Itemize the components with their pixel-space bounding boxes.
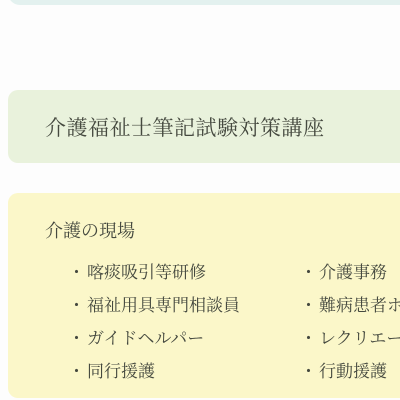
- bullet-icon: ・: [300, 324, 317, 349]
- list-item: ・ ガイドヘルパー: [68, 324, 300, 349]
- course-card[interactable]: 介護福祉士筆記試験対策講座: [8, 90, 400, 163]
- course-card-title: 介護福祉士筆記試験対策講座: [8, 112, 325, 142]
- list-item-label: 同行援護: [87, 357, 155, 382]
- list-item: ・ 介護事務: [300, 258, 400, 283]
- list-item-label: レクリエー: [319, 324, 400, 349]
- list-item-label: 難病患者ホ: [319, 291, 400, 316]
- list-item: ・ 同行援護: [68, 357, 300, 382]
- list-row: ・ 喀痰吸引等研修 ・ 介護事務: [8, 254, 400, 287]
- qualification-list: ・ 喀痰吸引等研修 ・ 介護事務 ・ 福祉用具専門相談員 ・ 難病患者ホ ・ ガ…: [8, 254, 400, 386]
- list-item-label: 福祉用具専門相談員: [87, 291, 240, 316]
- list-item-label: ガイドヘルパー: [87, 324, 204, 349]
- list-row: ・ 福祉用具専門相談員 ・ 難病患者ホ: [8, 287, 400, 320]
- list-row: ・ 同行援護 ・ 行動援護: [8, 353, 400, 386]
- bullet-icon: ・: [300, 258, 317, 283]
- list-item: ・ 難病患者ホ: [300, 291, 400, 316]
- list-item: ・ 喀痰吸引等研修: [68, 258, 300, 283]
- list-item: ・ 福祉用具専門相談員: [68, 291, 300, 316]
- clipped-previous-card[interactable]: [8, 0, 400, 5]
- care-field-heading: 介護の現場: [45, 217, 135, 243]
- list-item-label: 介護事務: [319, 258, 387, 283]
- bullet-icon: ・: [68, 258, 85, 283]
- bullet-icon: ・: [300, 291, 317, 316]
- list-row: ・ ガイドヘルパー ・ レクリエー: [8, 320, 400, 353]
- list-item: ・ 行動援護: [300, 357, 400, 382]
- bullet-icon: ・: [68, 291, 85, 316]
- list-item: ・ レクリエー: [300, 324, 400, 349]
- care-field-card[interactable]: 介護の現場 ・ 喀痰吸引等研修 ・ 介護事務 ・ 福祉用具専門相談員 ・ 難病患…: [8, 193, 400, 398]
- list-item-label: 行動援護: [319, 357, 387, 382]
- list-item-label: 喀痰吸引等研修: [87, 258, 206, 283]
- bullet-icon: ・: [68, 324, 85, 349]
- bullet-icon: ・: [300, 357, 317, 382]
- bullet-icon: ・: [68, 357, 85, 382]
